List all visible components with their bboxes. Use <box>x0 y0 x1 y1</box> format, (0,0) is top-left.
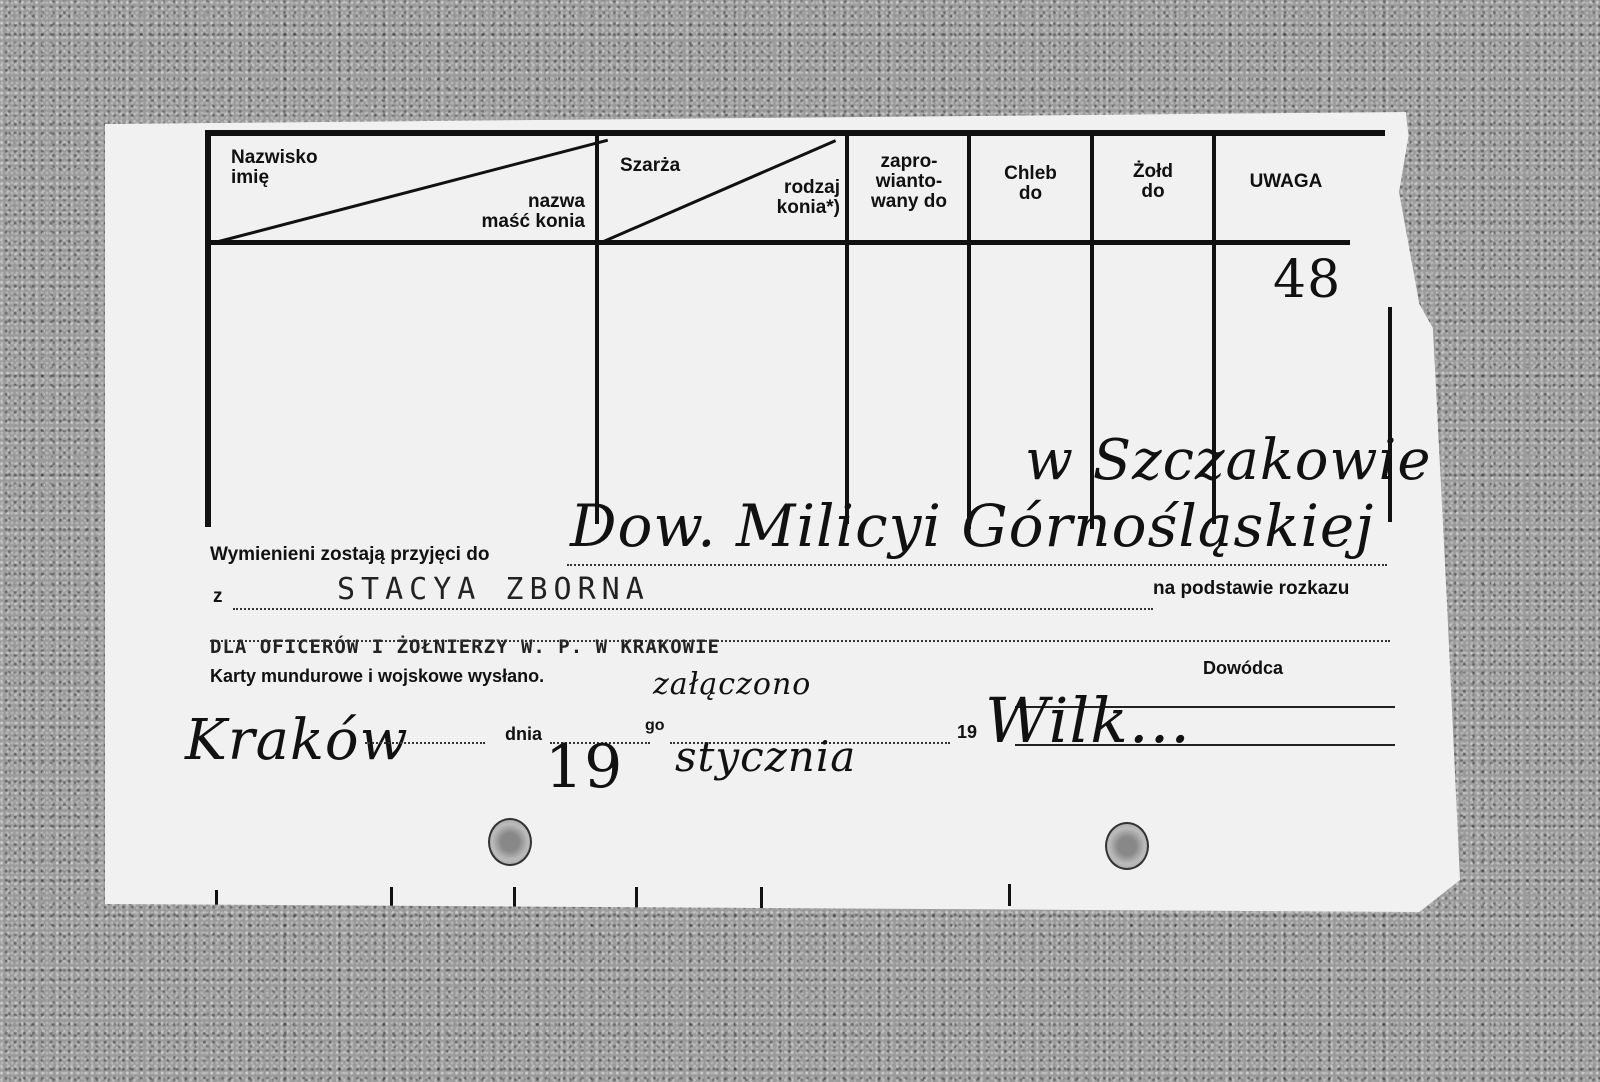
perforation-tick <box>390 887 393 909</box>
handwritten-number: 48 <box>1273 250 1341 310</box>
col-divider-2 <box>845 134 849 524</box>
header-uwaga: UWAGA <box>1216 172 1356 192</box>
header-nazwisko: Nazwiskoimię <box>231 148 318 188</box>
header-text: imię <box>231 167 269 188</box>
header-text: wany do <box>871 191 947 212</box>
col-divider-1 <box>595 134 599 524</box>
perforation-tick <box>635 887 638 909</box>
from-label: z <box>213 586 223 608</box>
header-text: nazwa <box>528 191 585 212</box>
header-text: maść konia <box>482 211 586 232</box>
header-text: Nazwisko <box>231 147 318 168</box>
from-field-line <box>233 608 1153 610</box>
table-left-border <box>205 132 211 527</box>
header-nazwa-konia: nazwamaść konia <box>445 192 585 232</box>
header-rodzaj-konia: rodzajkonia*) <box>725 178 840 218</box>
perforation-tick <box>1008 884 1011 906</box>
header-text: do <box>1141 181 1164 202</box>
table-header-bottom-border <box>205 240 1350 245</box>
header-text: Szarża <box>620 155 680 176</box>
header-text: do <box>1019 183 1042 204</box>
header-text: UWAGA <box>1250 171 1323 192</box>
header-zaprowiantowany: zapro-wianto-wany do <box>851 152 967 212</box>
perforation-tick <box>760 887 763 909</box>
header-text: rodzaj <box>784 177 840 198</box>
received-label: Wymienieni zostają przyjęci do <box>210 544 489 566</box>
order-field-line <box>210 640 1390 642</box>
handwritten-attached: załączono <box>653 667 811 702</box>
date-label: dnia <box>505 724 542 745</box>
handwritten-day: 19 <box>545 732 623 802</box>
header-text: Chleb <box>1004 163 1057 184</box>
document-card: Nazwiskoimię nazwamaść konia Szarża rodz… <box>105 112 1460 912</box>
header-text: Żołd <box>1133 161 1173 182</box>
commander-label: Dowódca <box>1203 658 1283 679</box>
header-zold: Żołddo <box>1094 162 1212 202</box>
handwritten-unit: Dow. Milicyi Górnośląskiej <box>570 492 1374 560</box>
table-top-border <box>205 130 1385 136</box>
header-text: konia*) <box>777 197 840 218</box>
place-field-line <box>365 742 485 744</box>
commander-signature: Wilk... <box>985 684 1191 757</box>
stamp-stacya-zborna: STACYA ZBORNA <box>337 572 650 607</box>
header-text: zapro- <box>881 151 938 172</box>
binder-hole-left <box>488 818 532 866</box>
header-text: wianto- <box>876 171 943 192</box>
handwritten-location: w Szczakowie <box>1025 428 1432 493</box>
perforation-tick <box>513 887 516 909</box>
cards-sent-label: Karty mundurowe i wojskowe wysłano. <box>210 666 544 687</box>
handwritten-place: Kraków <box>185 708 409 773</box>
perforation-tick <box>215 890 218 912</box>
handwritten-month: stycznia <box>675 732 856 781</box>
header-chleb: Chlebdo <box>971 164 1090 204</box>
day-suffix: go <box>645 717 665 735</box>
received-field-line <box>567 564 1387 566</box>
binder-hole-right <box>1105 822 1149 870</box>
year-prefix: 19 <box>957 722 977 743</box>
header-szarza: Szarża <box>620 156 680 176</box>
order-basis-label: na podstawie rozkazu <box>1153 578 1349 600</box>
